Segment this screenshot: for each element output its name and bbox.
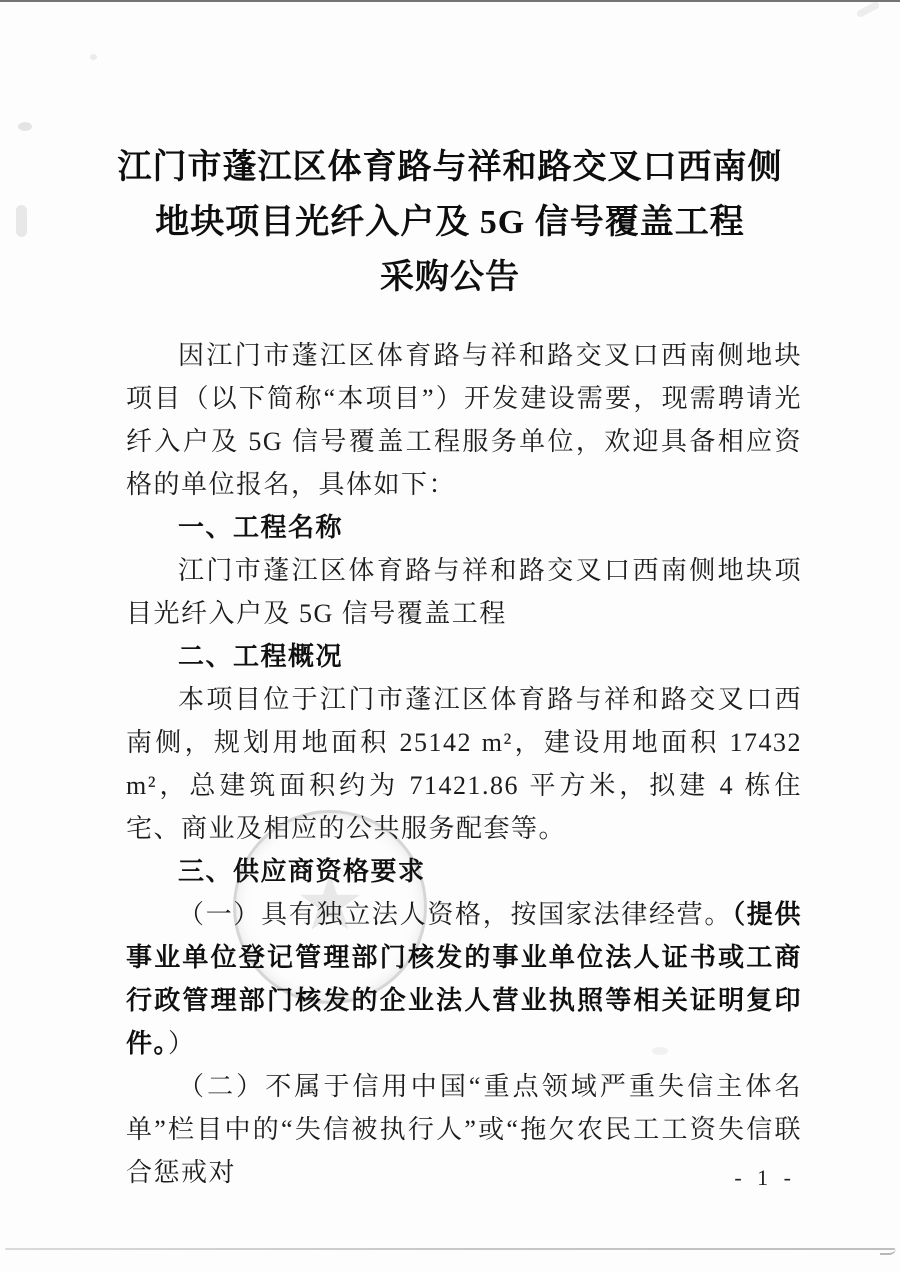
title-line-2: 地块项目光纤入户及 5G 信号覆盖工程 — [0, 195, 900, 250]
scan-top-edge — [0, 0, 900, 2]
scan-speck — [90, 54, 97, 60]
title-line-1: 江门市蓬江区体育路与祥和路交叉口西南侧 — [0, 140, 900, 195]
section-1-heading: 一、工程名称 — [126, 506, 802, 549]
section-3-item-1: （一）具有独立法人资格，按国家法律经营。（提供事业单位登记管理部门核发的事业单位… — [126, 893, 802, 1065]
section-3-heading: 三、供应商资格要求 — [126, 850, 802, 893]
scan-speck — [856, 1, 880, 18]
scan-speck — [18, 122, 32, 131]
title-line-3: 采购公告 — [0, 250, 900, 305]
intro-paragraph: 因江门市蓬江区体育路与祥和路交叉口西南侧地块项目（以下简称“本项目”）开发建设需… — [126, 334, 802, 506]
scan-bottom-edge-line — [5, 1248, 895, 1250]
page-number: - 1 - — [734, 1165, 796, 1191]
scanned-document-page: ★ 江门市蓬江区体育路与祥和路交叉口西南侧 地块项目光纤入户及 5G 信号覆盖工… — [0, 0, 900, 1272]
section-2-heading: 二、工程概况 — [126, 635, 802, 678]
section-1-body: 江门市蓬江区体育路与祥和路交叉口西南侧地块项目光纤入户及 5G 信号覆盖工程 — [126, 549, 802, 635]
document-title: 江门市蓬江区体育路与祥和路交叉口西南侧 地块项目光纤入户及 5G 信号覆盖工程 … — [0, 140, 900, 305]
section-2-body: 本项目位于江门市蓬江区体育路与祥和路交叉口西南侧，规划用地面积 25142 m²… — [126, 678, 802, 850]
item-1-closing-paren: ） — [168, 1029, 196, 1058]
section-3-item-2: （二）不属于信用中国“重点领域严重失信主体名单”栏目中的“失信被执行人”或“拖欠… — [126, 1065, 802, 1194]
item-1-normal-text: （一）具有独立法人资格，按国家法律经营。 — [178, 900, 732, 929]
document-body: 因江门市蓬江区体育路与祥和路交叉口西南侧地块项目（以下简称“本项目”）开发建设需… — [126, 334, 802, 1194]
